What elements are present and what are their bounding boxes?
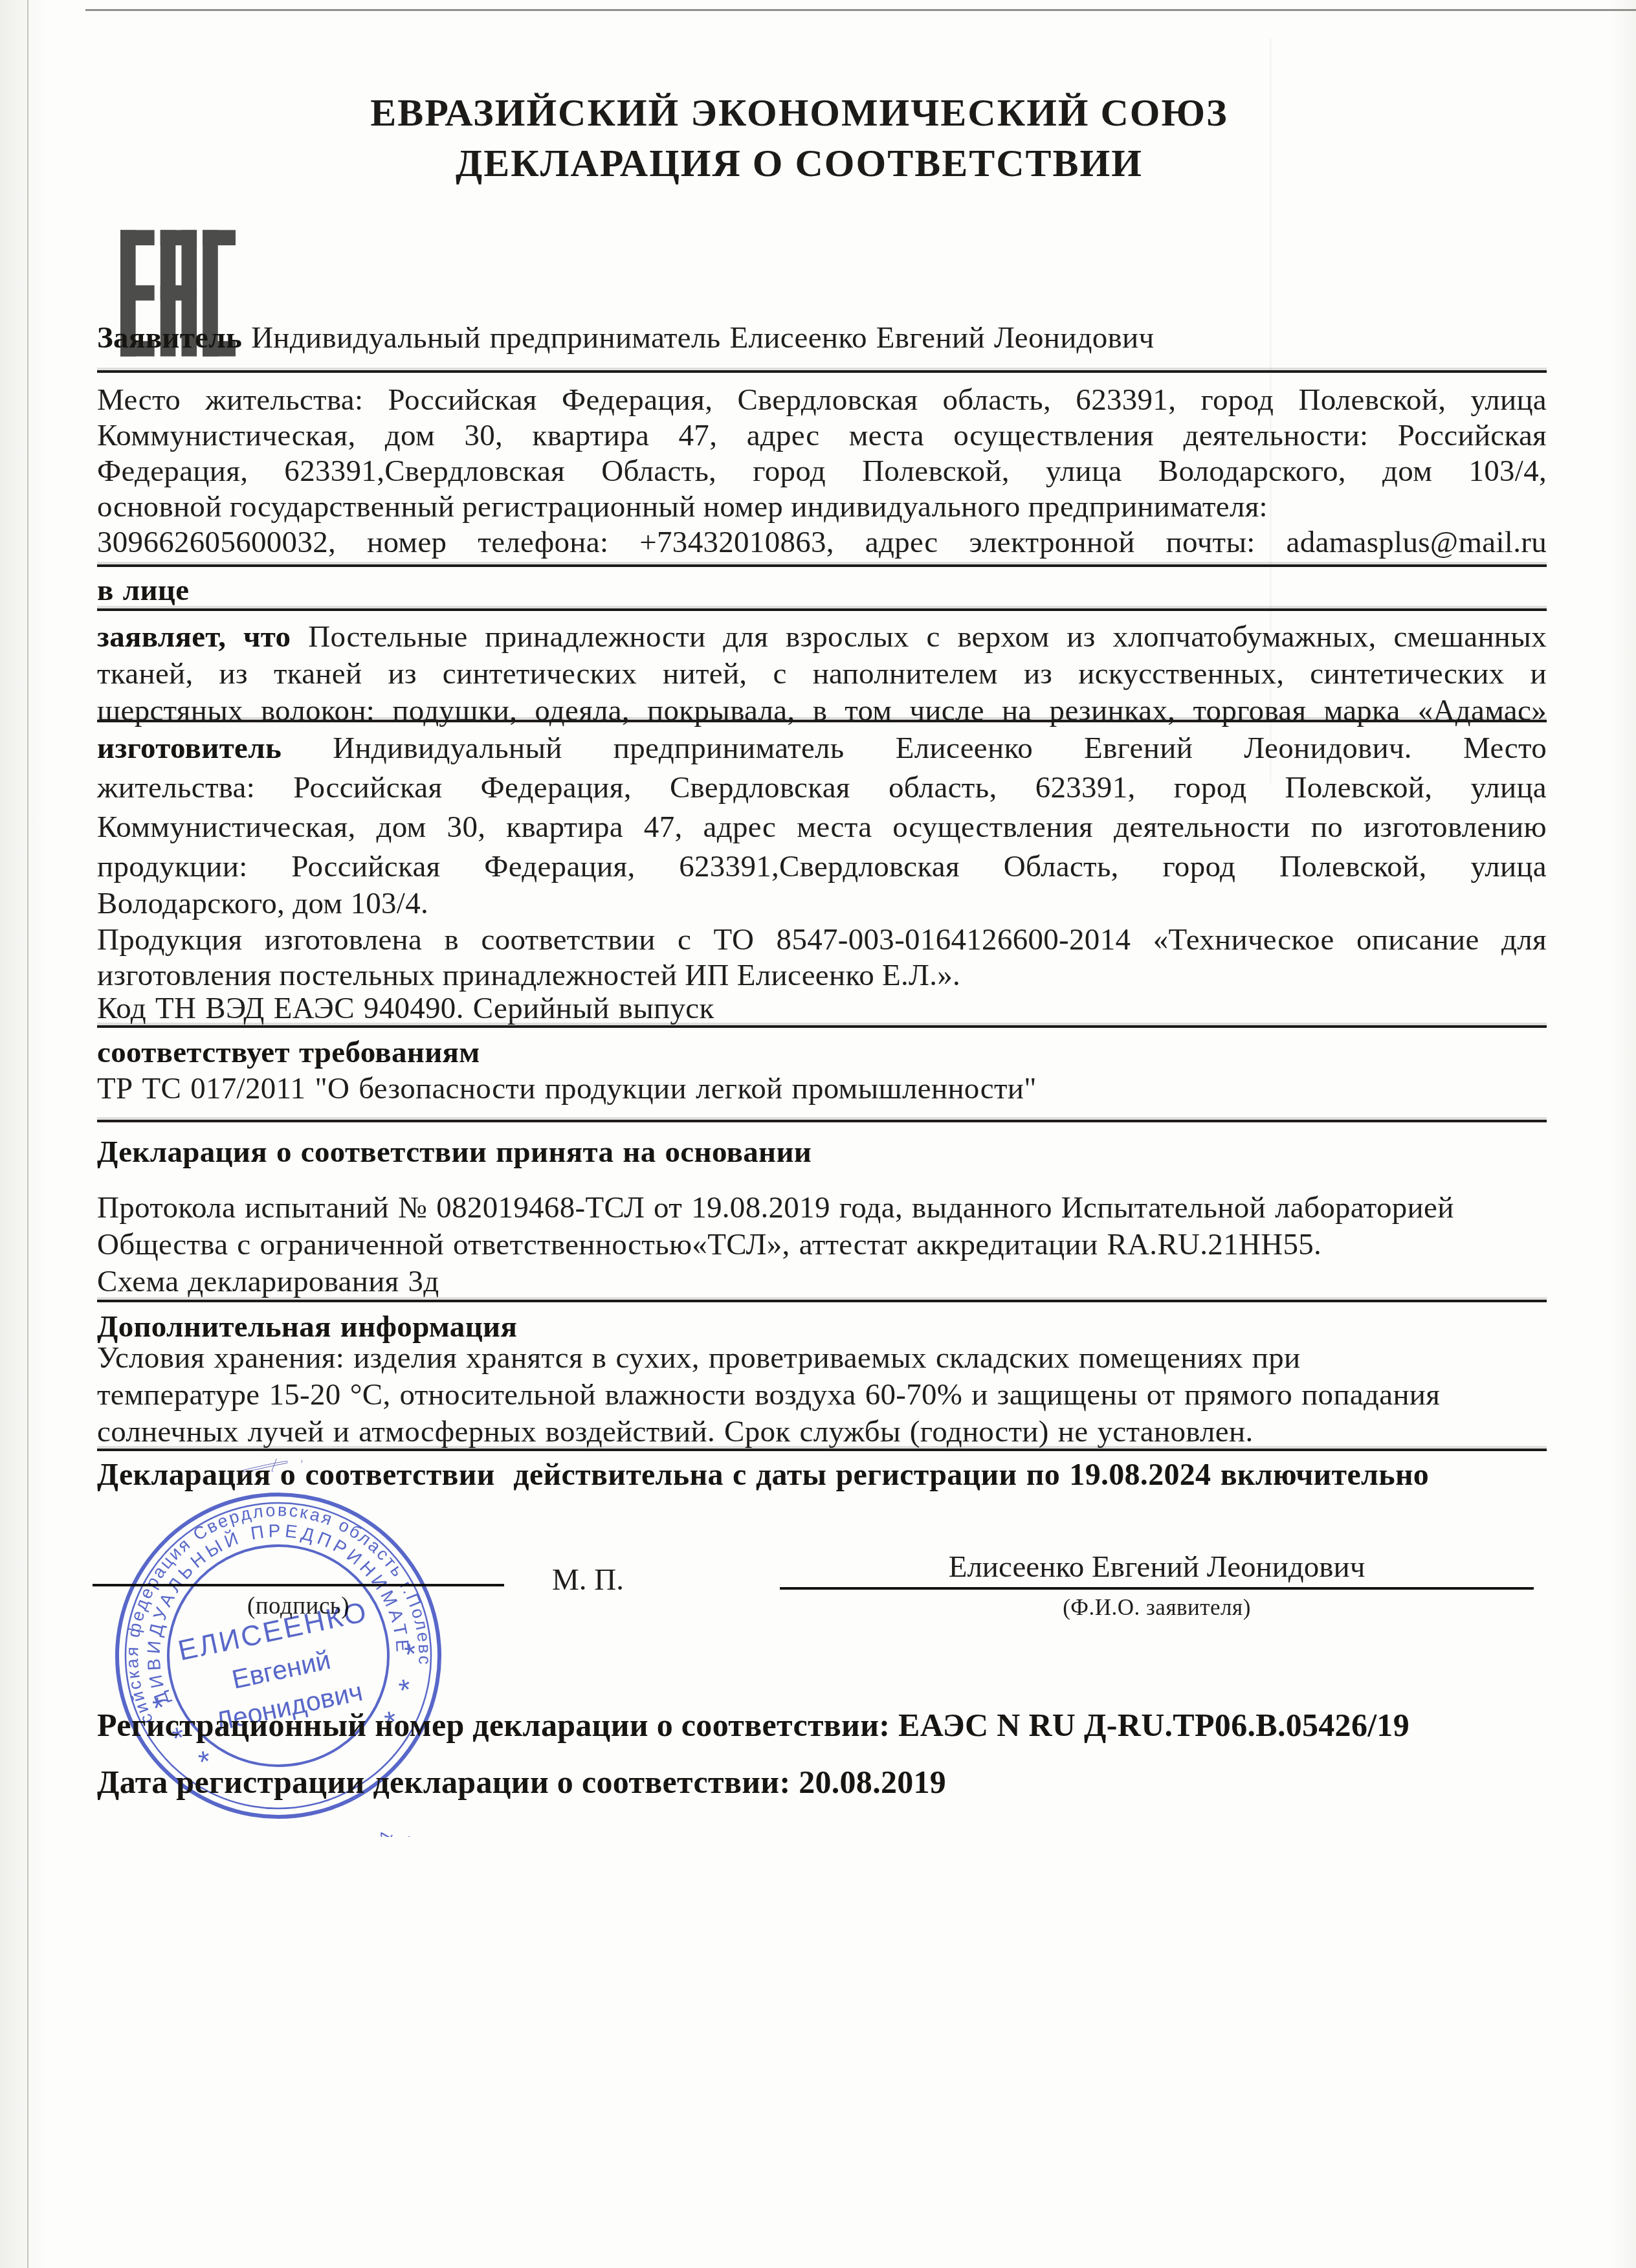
tnved-code-line: Код ТН ВЭД ЕАЭС 940490. Серийный выпуск — [97, 990, 1547, 1027]
rule-under-code — [97, 1025, 1547, 1028]
fio-caption: (Ф.И.О. заявителя) — [780, 1595, 1534, 1621]
scheme-line: Схема декларирования 3д — [97, 1263, 1547, 1300]
basis-label: Декларация о соответствии принята на осн… — [97, 1134, 1547, 1171]
rule-under-storage — [97, 1449, 1547, 1451]
declares-text: Постельные принадлежности для взрослых с… — [308, 620, 1547, 654]
signature-line-right — [780, 1587, 1534, 1590]
storage-line: Условия хранения: изделия хранятся в сух… — [97, 1340, 1547, 1377]
registration-number-line: Регистрационный номер декларации о соотв… — [97, 1706, 1586, 1744]
applicant-row: Заявитель Индивидуальный предприниматель… — [97, 320, 1547, 357]
manufacturer-text: Индивидуальный предприниматель Елисеенко… — [333, 731, 1547, 765]
document-title-line2: ДЕКЛАРАЦИЯ О СООТВЕТСТВИИ — [97, 141, 1547, 186]
storage-line: температуре 15-20 °С, относительной влаж… — [97, 1377, 1547, 1414]
signature-strokes — [242, 1459, 302, 1473]
stamp-place-label: М. П. — [552, 1562, 624, 1597]
rule-under-address — [97, 564, 1547, 567]
in-person-label: в лице — [97, 572, 1547, 609]
regulation-line: ТР ТС 017/2011 "О безопасности продукции… — [97, 1071, 1547, 1107]
basis-line: Протокола испытаний № 082019468-ТСЛ от 1… — [97, 1190, 1547, 1227]
declares-line: шерстяных волокон: подушки, одеяла, покр… — [97, 693, 1547, 729]
rule-under-in-person — [97, 608, 1547, 611]
applicant-label: Заявитель — [97, 321, 251, 355]
address-line: 309662605600032, номер телефона: +734320… — [97, 524, 1547, 561]
address-line: Место жительства: Российская Федерация, … — [97, 382, 1547, 419]
storage-line: солнечных лучей и атмосферных воздействи… — [97, 1414, 1547, 1451]
rule-above-additional — [97, 1300, 1547, 1302]
declares-line: тканей, из тканей из синтетических нитей… — [97, 656, 1547, 693]
rule-above-basis — [97, 1120, 1547, 1122]
manufacturer-line: продукции: Российская Федерация, 623391,… — [97, 849, 1547, 885]
document-title-line1: ЕВРАЗИЙСКИЙ ЭКОНОМИЧЕСКИЙ СОЮЗ — [97, 91, 1547, 135]
declares-label: заявляет, что — [97, 620, 308, 654]
stamp-inn-text: ИНН 662600307201 — [240, 1823, 405, 1837]
manufacturer-label: изготовитель — [97, 731, 333, 765]
applicant-name: Индивидуальный предприниматель Елисеенко… — [251, 321, 1154, 355]
registration-date-line: Дата регистрации декларации о соответств… — [97, 1763, 1586, 1801]
page-edge-shadow — [27, 0, 28, 2268]
handwritten-signature — [0, 1456, 531, 1644]
declares-line-first: заявляет, что Постельные принадлежности … — [97, 619, 1547, 656]
scan-top-line — [85, 9, 1636, 11]
basis-line: Общества с ограниченной ответственностью… — [97, 1227, 1547, 1263]
complies-label: соответствует требованиям — [97, 1034, 1547, 1071]
applicant-signature-name: Елисеенко Евгений Леонидович — [780, 1550, 1534, 1584]
document-page: { "page": { "title_line1": "ЕВРАЗИЙСКИЙ … — [0, 0, 1636, 2268]
rule-under-declares — [97, 720, 1547, 722]
stamp-ogrn-text: ОГРН 309662605600032 — [219, 1828, 434, 1837]
svg-text:ИНН 662600307201: ИНН 662600307201 — [240, 1823, 405, 1837]
product-line: изготовления постельных принадлежностей … — [97, 957, 1547, 994]
svg-text:ОГРН 309662605600032: ОГРН 309662605600032 — [219, 1828, 434, 1837]
address-line: Федерация, 623391,Свердловская Область, … — [97, 453, 1547, 490]
address-line: основной государственный регистрационный… — [97, 489, 1547, 526]
rule-under-applicant — [97, 370, 1547, 373]
address-line: Коммунистическая, дом 30, квартира 47, а… — [97, 417, 1547, 454]
product-line: Продукция изготовлена в соответствии с Т… — [97, 922, 1547, 959]
manufacturer-line: жительства: Российская Федерация, Свердл… — [97, 770, 1547, 806]
manufacturer-line: Володарского, дом 103/4. — [97, 885, 1547, 922]
stamp-star: * — [396, 1672, 414, 1707]
manufacturer-line-first: изготовитель Индивидуальный предпринимат… — [97, 730, 1547, 767]
manufacturer-line: Коммунистическая, дом 30, квартира 47, а… — [97, 809, 1547, 846]
